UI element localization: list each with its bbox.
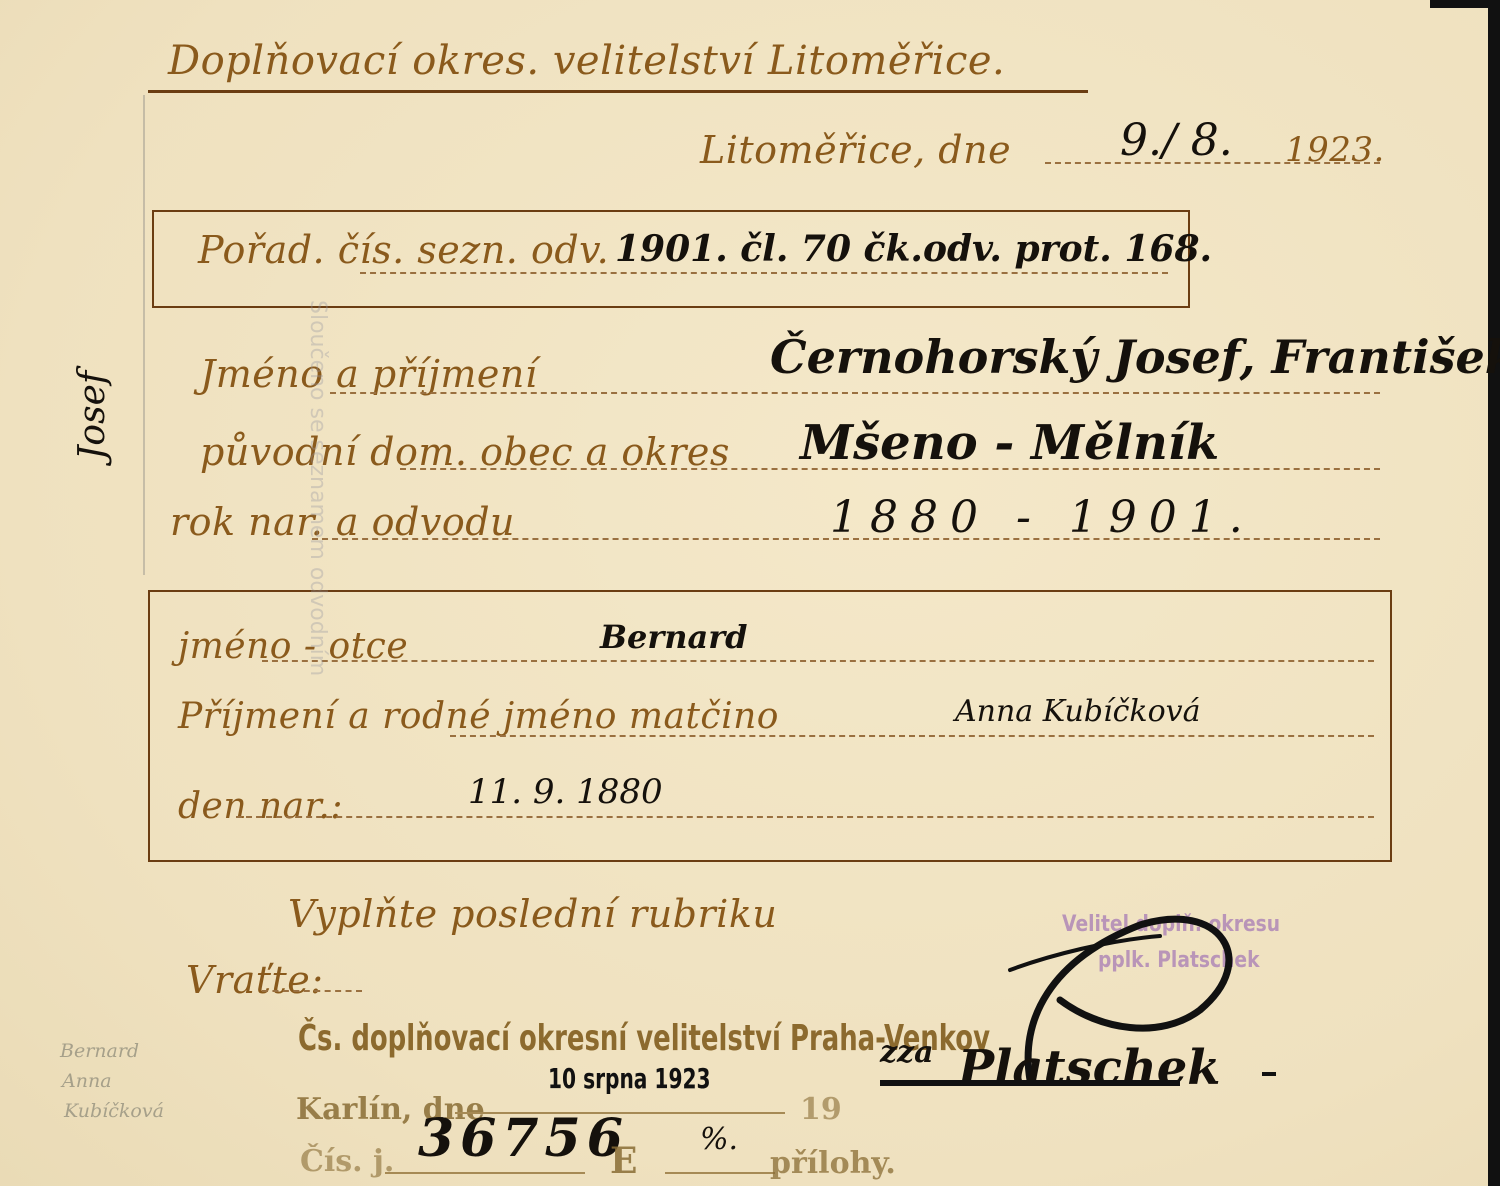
place-date-label: Litoměřice, dne bbox=[700, 128, 1011, 172]
ref-line bbox=[385, 1172, 585, 1174]
return-label: Vraťte: bbox=[186, 958, 324, 1002]
signature-dash bbox=[1262, 1072, 1276, 1076]
birth-value: 11. 9. 1880 bbox=[468, 772, 663, 812]
name-label: Jméno a příjmení bbox=[200, 352, 538, 396]
return-dotted-line bbox=[262, 990, 362, 992]
year-value: 1880 - 1901. bbox=[830, 492, 1255, 543]
mother-label: Příjmení a rodné jméno matčino bbox=[178, 696, 779, 737]
father-dotted-line bbox=[262, 660, 1374, 662]
home-value: Mšeno - Mělník bbox=[800, 415, 1219, 471]
faint-margin-line bbox=[143, 95, 145, 575]
ref-mark: %. bbox=[700, 1122, 738, 1157]
name-dotted-line bbox=[330, 392, 1380, 394]
birth-dotted-line bbox=[236, 816, 1374, 818]
faint-vertical-stamp: Sloučeno se seznamem odvodním bbox=[305, 300, 330, 676]
father-value: Bernard bbox=[600, 618, 748, 656]
left-vertical-note: Josef bbox=[72, 371, 113, 460]
stamp-date: 10 srpna 1923 bbox=[548, 1062, 711, 1095]
register-value: 1901. čl. 70 čk.odv. prot. 168. bbox=[615, 228, 1212, 270]
attachments-label: přílohy. bbox=[770, 1146, 896, 1181]
pencil-note-line3: Kubíčková bbox=[64, 1100, 164, 1122]
signature: Platschek bbox=[958, 1040, 1221, 1096]
birth-label: den nar.: bbox=[178, 786, 343, 827]
date-day-month: 9./ 8. bbox=[1120, 115, 1233, 166]
ref-suffix: E bbox=[610, 1140, 637, 1182]
instruction-text: Vyplňte poslední rubriku bbox=[288, 892, 777, 936]
title-underline bbox=[148, 90, 1088, 93]
scan-edge-top bbox=[1430, 0, 1500, 8]
signature-underline bbox=[880, 1080, 1180, 1086]
mother-dotted-line bbox=[450, 735, 1374, 737]
signature-prefix: zza bbox=[880, 1035, 934, 1070]
year-prefix: 19 bbox=[800, 1092, 842, 1127]
ref-label: Čís. j. bbox=[300, 1144, 394, 1179]
register-label: Pořad. čís. sezn. odv. bbox=[198, 228, 609, 272]
office-title: Doplňovací okres. velitelství Litoměřice… bbox=[168, 38, 1005, 84]
pencil-note-line2: Anna bbox=[62, 1070, 112, 1092]
register-dotted-line bbox=[360, 272, 1168, 274]
mother-value: Anna Kubíčková bbox=[955, 694, 1200, 729]
date-year: 1923. bbox=[1285, 130, 1385, 170]
pencil-note-line1: Bernard bbox=[60, 1040, 139, 1062]
attachments-line bbox=[665, 1172, 775, 1174]
scan-edge bbox=[1488, 0, 1500, 1186]
name-value: Černohorský Josef, František. bbox=[770, 330, 1500, 384]
ref-number: 36756 bbox=[418, 1108, 629, 1169]
